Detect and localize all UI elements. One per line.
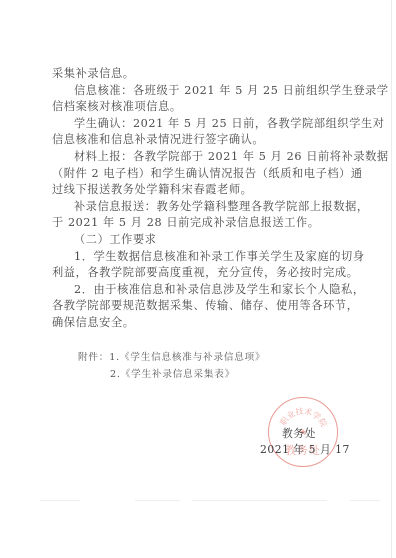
- signoff-block: 教务处 2021 年 5 月 17: [260, 426, 350, 458]
- paragraph-line: 信档案核对核准项信息。: [52, 99, 348, 116]
- document-page: 采集补录信息。 信息核准：各班级于 2021 年 5 月 25 日前组织学生登录…: [0, 0, 396, 558]
- paragraph-line: 各教学院部要规范数据采集、传输、储存、使用等各环节，: [52, 298, 348, 315]
- attachment-item: 2.《学生补录信息采集表》: [78, 366, 265, 383]
- paragraph-line: 材料上报：各教学院部于 2021 年 5 月 26 日前将补录数据: [52, 149, 348, 166]
- attachment-item: 附件：1.《学生信息核准与补录信息项》: [78, 349, 265, 366]
- paragraph-line: 过线下报送教务处学籍科宋春霞老师。: [52, 182, 348, 199]
- paragraph-line: 信息核准和信息补录情况进行签字确认。: [52, 132, 348, 149]
- scan-artifact: [40, 500, 80, 501]
- paragraph-line: 2．由于核准信息和补录信息涉及学生和家长个人隐私，: [52, 282, 348, 299]
- attachments-list: 附件：1.《学生信息核准与补录信息项》 2.《学生补录信息采集表》: [78, 349, 265, 383]
- signoff-date: 2021 年 5 月 17: [260, 442, 350, 458]
- page-edge: [391, 0, 392, 558]
- document-body: 采集补录信息。 信息核准：各班级于 2021 年 5 月 25 日前组织学生登录…: [52, 66, 348, 332]
- paragraph-line: （附件 2 电子档）和学生确认情况报告（纸质和电子档）通: [52, 166, 348, 183]
- section-heading: （二）工作要求: [52, 232, 348, 249]
- paragraph-line: 信息核准：各班级于 2021 年 5 月 25 日前组织学生登录学: [52, 83, 348, 100]
- paragraph-line: 学生确认：2021 年 5 月 25 日前，各教学院部组织学生对: [52, 116, 348, 133]
- signoff-organization: 教务处: [260, 426, 350, 442]
- scan-artifact: [192, 500, 327, 501]
- paragraph-line: 1．学生数据信息核准和补录工作事关学生及家庭的切身: [52, 249, 348, 266]
- paragraph-line: 于 2021 年 5 月 28 日前完成补录信息报送工作。: [52, 215, 348, 232]
- paragraph-line: 补录信息报送：教务处学籍科整理各教学院部上报数据，: [52, 199, 348, 216]
- paragraph-line: 利益，各教学院部要高度重视，充分宣传，务必按时完成。: [52, 265, 348, 282]
- scan-artifact: [350, 500, 380, 501]
- paragraph-line: 确保信息安全。: [52, 315, 348, 332]
- paragraph-line: 采集补录信息。: [52, 66, 348, 83]
- attachments-label: 附件：: [78, 352, 109, 363]
- scan-artifact: [135, 500, 180, 501]
